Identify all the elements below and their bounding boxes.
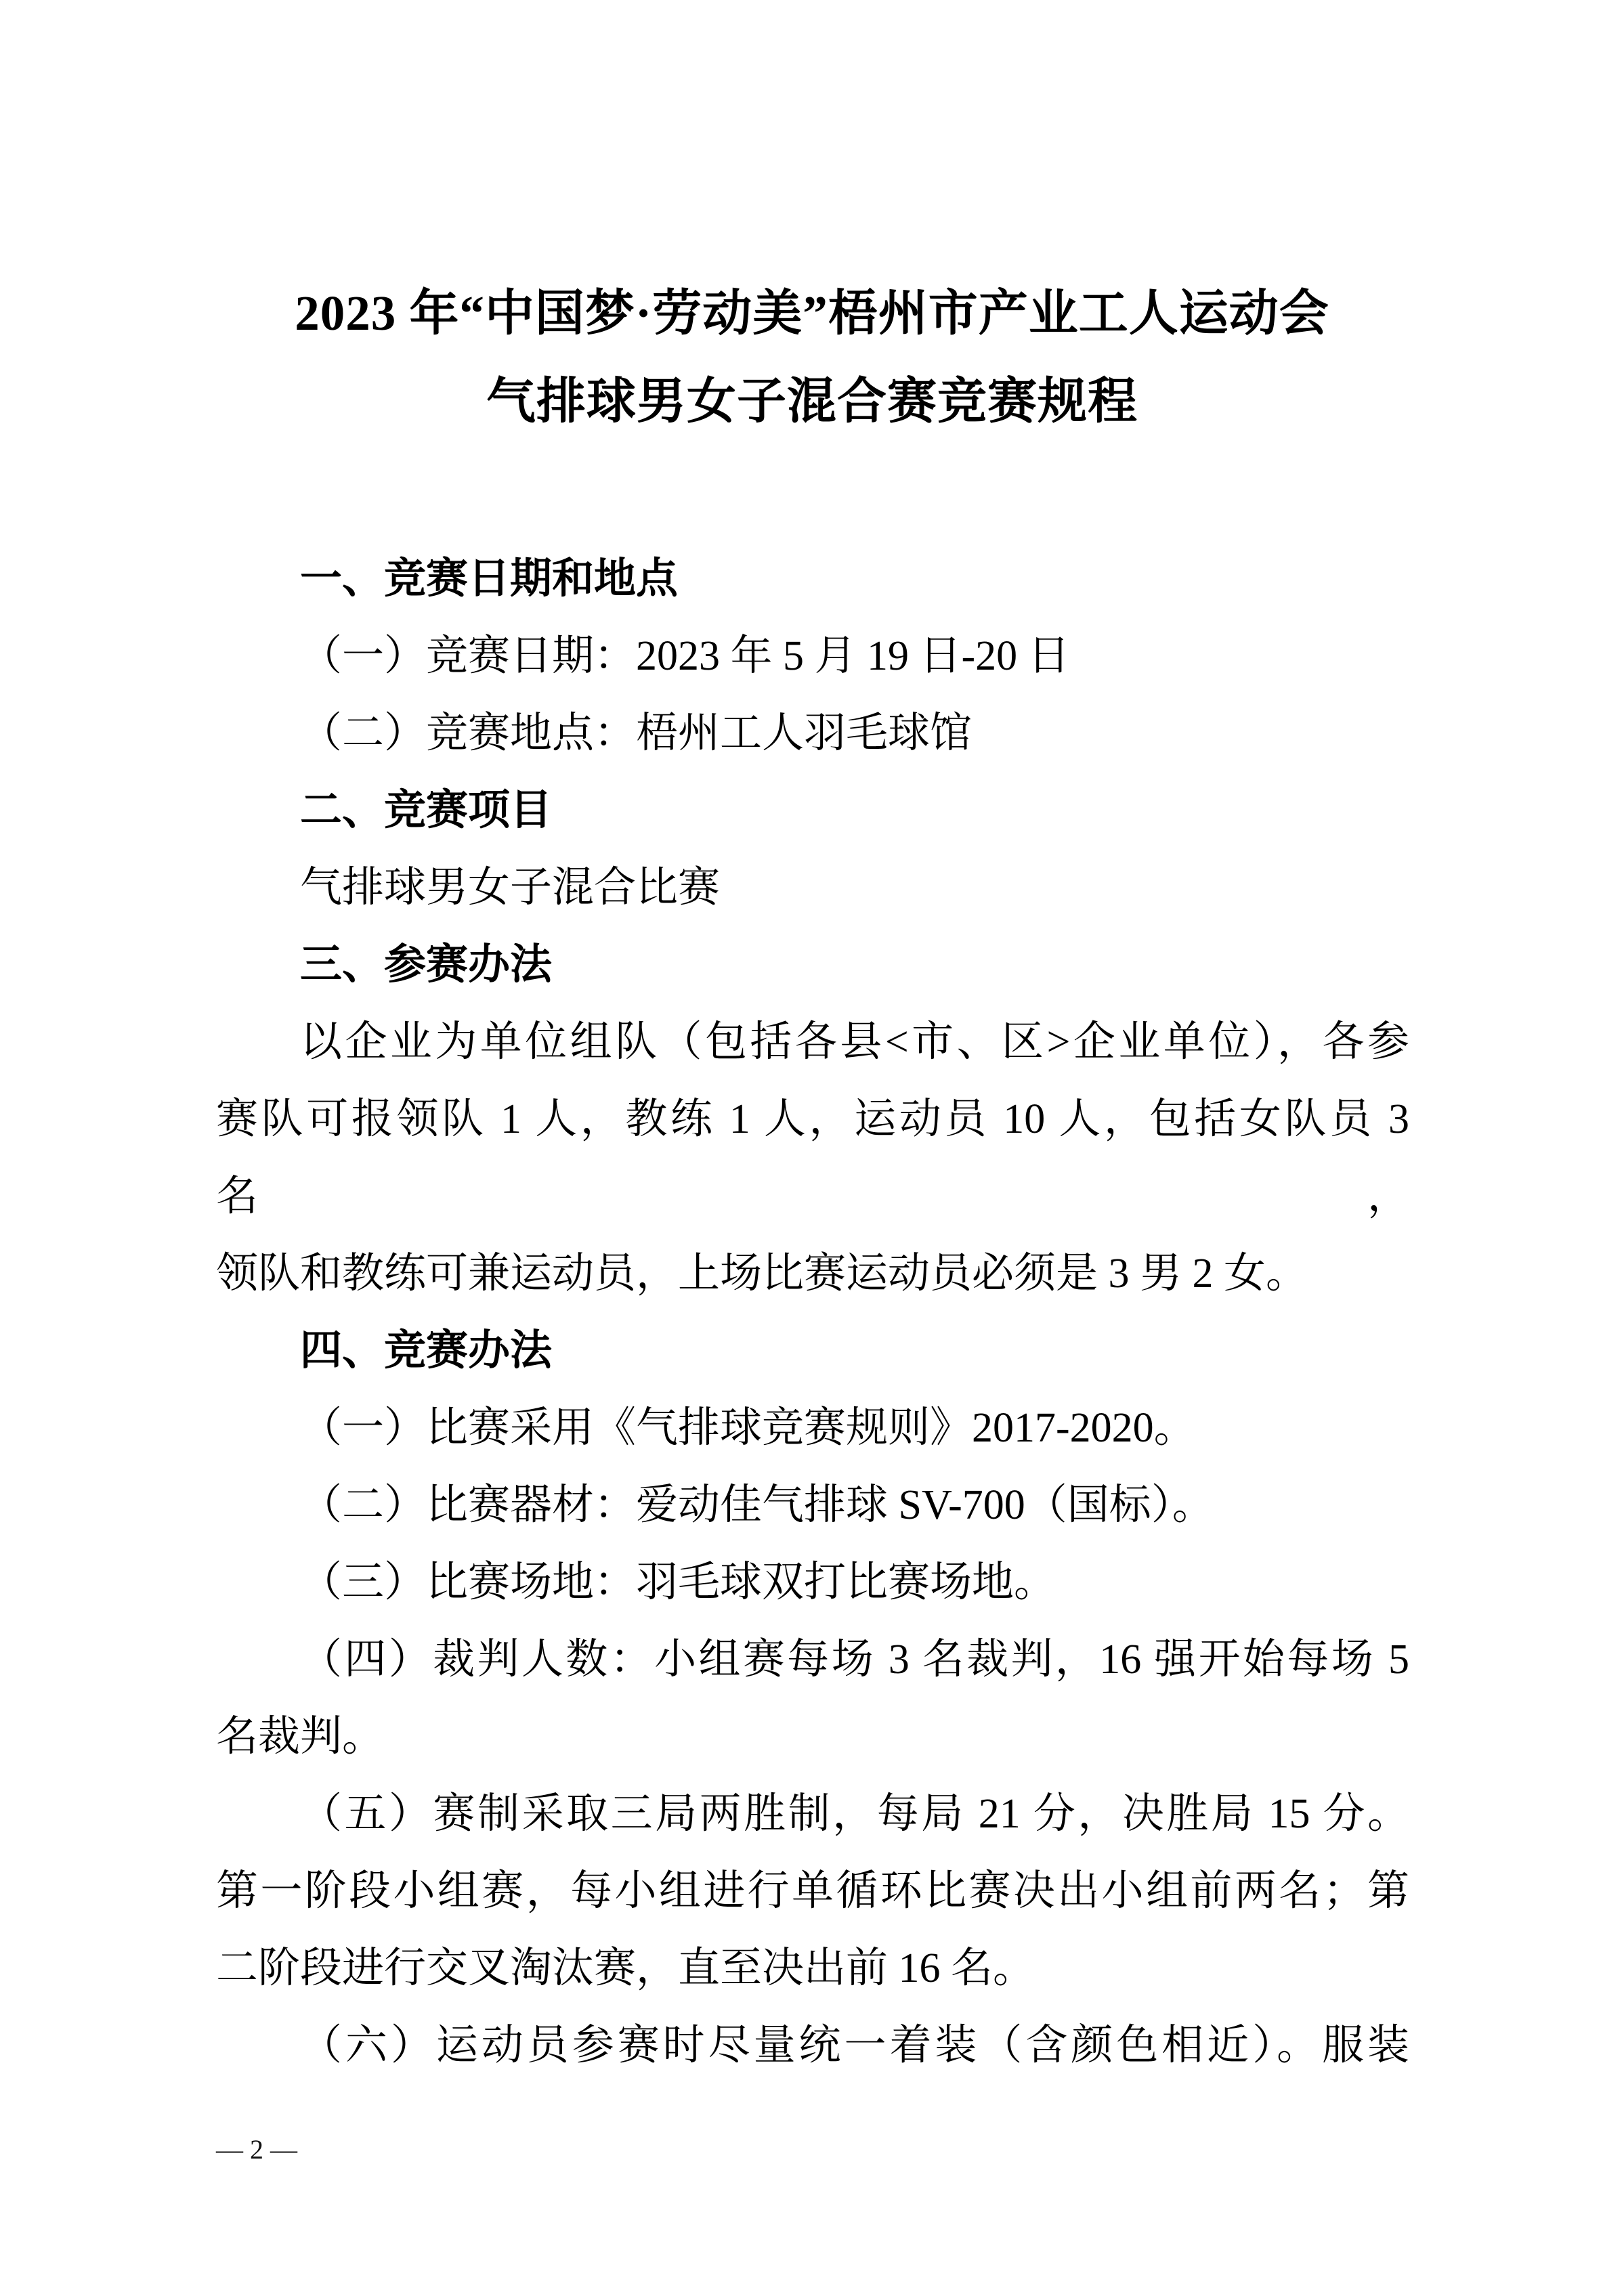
section-heading: 三、参赛办法 [216, 926, 1409, 1003]
page-number: — 2 — [216, 2134, 297, 2165]
text-line: 二阶段进行交叉淘汰赛，直至决出前 16 名。 [216, 1930, 1409, 2007]
title-line-1: 2023 年“中国梦·劳动美”梧州市产业工人运动会 [0, 269, 1624, 358]
text-line: （一）比赛采用《气排球竞赛规则》2017-2020。 [216, 1389, 1409, 1467]
section-heading: 二、竞赛项目 [216, 772, 1409, 849]
section-heading: 一、竞赛日期和地点 [216, 540, 1409, 618]
document-body: 一、竞赛日期和地点（一）竞赛日期：2023 年 5 月 19 日-20 日（二）… [216, 540, 1409, 2084]
text-line: 名裁判。 [216, 1698, 1409, 1775]
text-line: 领队和教练可兼运动员，上场比赛运动员必须是 3 男 2 女。 [216, 1235, 1409, 1312]
text-line: （三）比赛场地：羽毛球双打比赛场地。 [216, 1544, 1409, 1621]
document-page: 2023 年“中国梦·劳动美”梧州市产业工人运动会 气排球男女子混合赛竞赛规程 … [0, 0, 1624, 2296]
text-line: （二）比赛器材：爱动佳气排球 SV-700（国标）。 [216, 1467, 1409, 1544]
text-line: （四）裁判人数：小组赛每场 3 名裁判，16 强开始每场 5 [216, 1621, 1409, 1698]
page-footer: — 2 — [216, 2129, 297, 2170]
text-line: 第一阶段小组赛，每小组进行单循环比赛决出小组前两名；第 [216, 1853, 1409, 1930]
title-line-2: 气排球男女子混合赛竞赛规程 [0, 358, 1624, 446]
section-heading: 四、竞赛办法 [216, 1312, 1409, 1389]
text-line: （六）运动员参赛时尽量统一着装（含颜色相近）。服装 [216, 2007, 1409, 2084]
text-line: （五）赛制采取三局两胜制，每局 21 分，决胜局 15 分。 [216, 1775, 1409, 1853]
text-line: 气排球男女子混合比赛 [216, 849, 1409, 926]
text-line: 以企业为单位组队（包括各县<市、区>企业单位），各参 [216, 1003, 1409, 1081]
text-line: （二）竞赛地点：梧州工人羽毛球馆 [216, 695, 1409, 772]
text-line: （一）竞赛日期：2023 年 5 月 19 日-20 日 [216, 618, 1409, 695]
text-line: 赛队可报领队 1 人，教练 1 人，运动员 10 人，包括女队员 3 名， [216, 1081, 1409, 1235]
document-title: 2023 年“中国梦·劳动美”梧州市产业工人运动会 气排球男女子混合赛竞赛规程 [0, 269, 1624, 446]
